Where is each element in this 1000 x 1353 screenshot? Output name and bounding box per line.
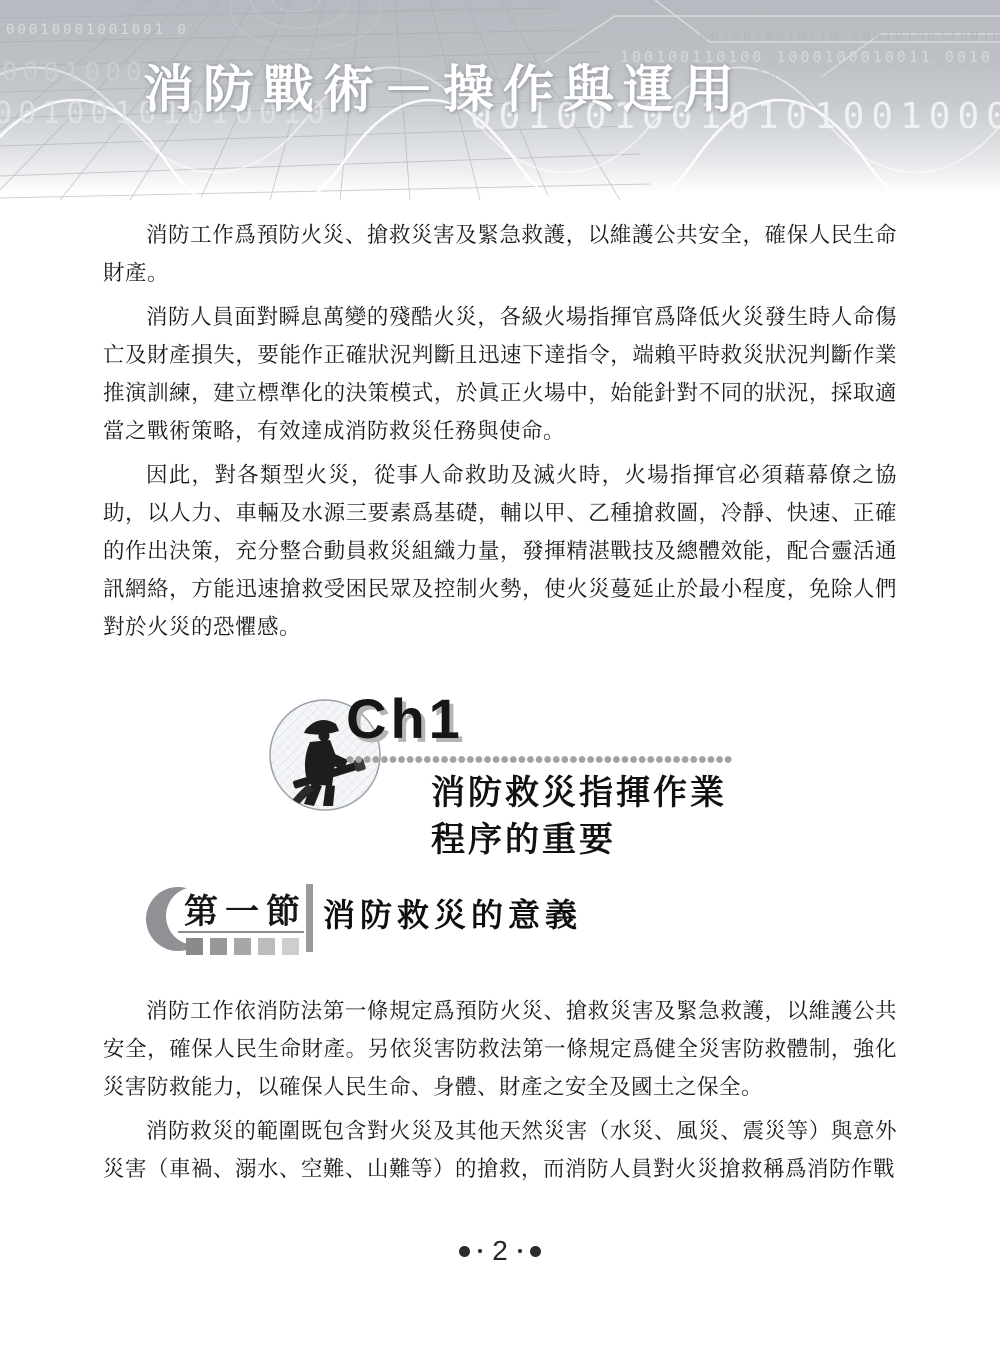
paragraph: 因此，對各類型火災，從事人命救助及滅火時，火場指揮官必須藉幕僚之協助，以人力、車… [103, 456, 897, 646]
dotted-divider [346, 755, 732, 764]
gradient-square [234, 938, 251, 955]
gradient-square [258, 938, 275, 955]
section-marker-squares [186, 938, 299, 955]
gradient-square [210, 938, 227, 955]
footer-dot-large [459, 1246, 470, 1257]
paragraph: 消防人員面對瞬息萬變的殘酷火災，各級火場指揮官爲降低火災發生時人命傷亡及財產損失… [103, 298, 897, 450]
book-title: 消防戰術－操作與運用 [143, 48, 743, 122]
paragraph: 消防救災的範圍既包含對火災及其他天然災害（水災、風災、震災等）與意外災害（車禍、… [103, 1112, 897, 1188]
footer-dot-small [478, 1249, 483, 1254]
section-marker-bar [306, 884, 313, 952]
footer-dot-large [530, 1246, 541, 1257]
binary-string: 0010010010110 10010100110010 010 [700, 30, 1000, 45]
page-content: 消防工作爲預防火災、搶救災害及緊急救護，以維護公共安全，確保人民生命財產。 消防… [0, 216, 1000, 1188]
gradient-square [186, 938, 203, 955]
section-marker-label: 第一節 [184, 884, 307, 933]
binary-string: 00010001001001 0 [6, 22, 189, 38]
paragraph: 消防工作依消防法第一條規定爲預防火災、搶救災害及緊急救護，以維護公共安全，確保人… [103, 992, 897, 1106]
section-paragraphs: 消防工作依消防法第一條規定爲預防火災、搶救災害及緊急救護，以維護公共安全，確保人… [103, 992, 897, 1188]
chapter-number: Ch1 [346, 686, 464, 751]
chapter-title-line1: 消防救災指揮作業 [431, 770, 727, 817]
footer-dot-small [518, 1249, 523, 1254]
binary-string: 0001000 [2, 58, 147, 88]
header-banner: 00010001001001 0 0001000 0010010010110 1… [0, 0, 1000, 200]
chapter-title-line2: 程序的重要 [431, 817, 727, 864]
gradient-square [282, 938, 299, 955]
chapter-heading: Ch1 消防救災指揮作業 程序的重要 [103, 698, 897, 866]
intro-paragraphs: 消防工作爲預防火災、搶救災害及緊急救護，以維護公共安全，確保人民生命財產。 消防… [103, 216, 897, 646]
chapter-title: 消防救災指揮作業 程序的重要 [431, 770, 727, 864]
page-number-footer: 2 [0, 1237, 1000, 1265]
section-title: 消防救災的意義 [323, 890, 582, 936]
section-heading: 第一節 消防救災的意義 [146, 884, 897, 958]
section-marker-underline [178, 931, 304, 933]
page-number: 2 [490, 1237, 510, 1265]
paragraph: 消防工作爲預防火災、搶救災害及緊急救護，以維護公共安全，確保人民生命財產。 [103, 216, 897, 292]
